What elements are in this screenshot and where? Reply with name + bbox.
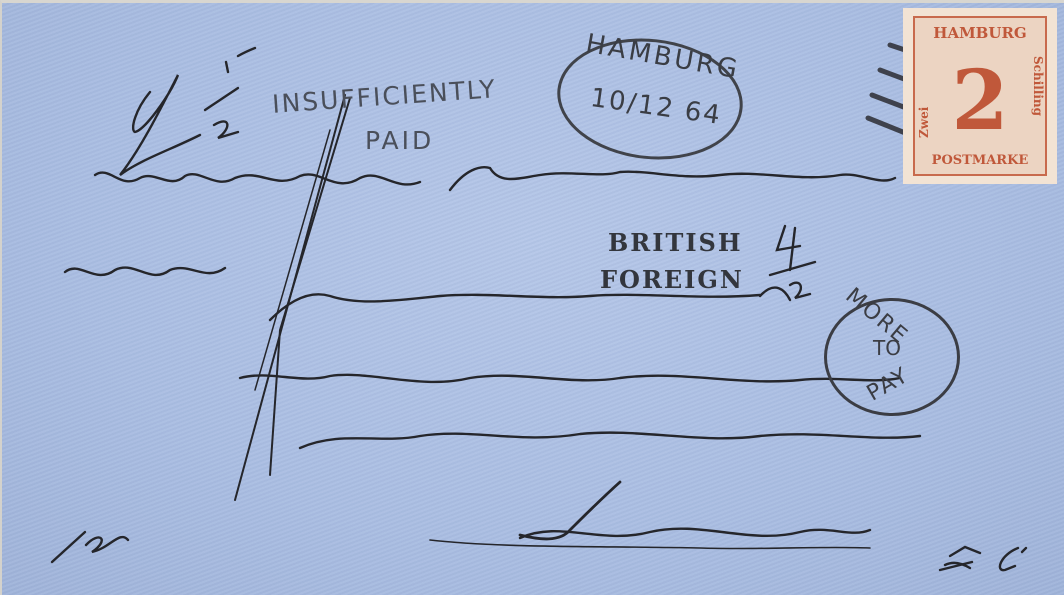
insufficiently-paid-line2: PAID: [365, 126, 434, 155]
stamp-left-text: Zwei: [917, 107, 931, 138]
more-to-pay-line2: TO: [873, 336, 901, 360]
stamp-value: 2: [915, 56, 1045, 146]
hamburg-2-schilling-stamp: HAMBURG 2 Zwei Schilling POSTMARKE: [903, 8, 1057, 184]
british-foreign-line1: BRITISH: [608, 228, 743, 257]
stamp-right-text: Schilling: [1031, 56, 1045, 114]
stamp-bottom-text: POSTMARKE: [915, 153, 1045, 168]
stamp-country: HAMBURG: [915, 24, 1045, 42]
british-foreign-line2: FOREIGN: [600, 265, 744, 294]
stamp-frame: HAMBURG 2 Zwei Schilling POSTMARKE: [913, 16, 1047, 176]
